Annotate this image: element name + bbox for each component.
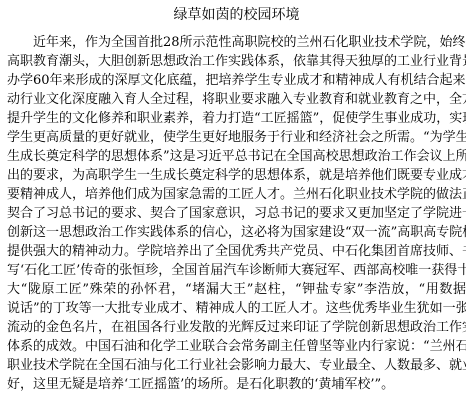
text-line: 体系的成效。中国石油和化学工业联合会常务副主任曾坚等业内行家说：“兰州石化 [7, 337, 466, 356]
text-line: 好，这里无疑是培养‘工匠摇篮’的场所。是石化职教的‘黄埔军校’”。 [7, 375, 466, 393]
text-line: 高职教育潮头，大胆创新思想政治工作实践体系，依靠其得天独厚的工业行业背景和 [7, 52, 466, 71]
text-line: 提供强大的精神动力。学院培养出了全国优秀共产党员、中石化集团首席技师、书 [7, 242, 466, 261]
text-line: 流动的金色名片，在祖国各行业发散的光辉反过来印证了学院创新思想政治工作实践 [7, 318, 466, 337]
document-page: 绿草如茵的校园环境 近年来，作为全国首批28所示范性高职院校的兰州石化职业技术学… [0, 0, 473, 393]
text-line: 职业技术学院在全国石油与化工行业社会影响力最大、专业最全、人数最多、就业最 [7, 356, 466, 375]
text-line: 提升学生的文化修养和职业素养，着力打造“工匠摇篮”，促使学生事业成功，实现 [7, 109, 466, 128]
text-line: 创新这一思想政治工作实践体系的信心，这必将为国家建设“双一流”高职高专院校 [7, 223, 466, 242]
text-line: 要精神成人，培养他们成为国家急需的工匠人才。兰州石化职业技术学院的做法正好 [7, 185, 466, 204]
text-line: 说话”的丁玫等一大批专业成才、精神成人的工匠人才。这些优秀毕业生犹如一张张 [7, 299, 466, 318]
document-body: 近年来，作为全国首批28所示范性高职院校的兰州石化职业技术学院，始终勇立高职教育… [7, 33, 466, 393]
text-line: 大“陇原工匠”殊荣的孙怀君，“堵漏大王”赵柱，“钾盐专家”李浩放，“用数据 [7, 280, 466, 299]
text-line: 写‘石化工匠’传奇的张恒珍，全国首届汽车诊断师大赛冠军、西部高校唯一获得十 [7, 261, 466, 280]
text-line: 近年来，作为全国首批28所示范性高职院校的兰州石化职业技术学院，始终勇立 [7, 33, 466, 52]
text-line: 出的要求，为高职学生一生成长奠定科学的思想体系，就是培养他们既要专业成才又 [7, 166, 466, 185]
text-line: 学生更高质量的更好就业，使学生更好地服务于行业和经济社会之所需。“为学生一 [7, 128, 466, 147]
document-title: 绿草如茵的校园环境 [7, 6, 466, 25]
text-line: 生成长奠定科学的思想体系”这是习近平总书记在全国高校思想政治工作会议上所提 [7, 147, 466, 166]
text-line: 办学60年来形成的深厚文化底蕴，把培养学生专业成才和精神成人有机结合起来，推 [7, 71, 466, 90]
text-line: 动行业文化深度融入育人全过程，将职业要求融入专业教育和就业教育之中，全方位 [7, 90, 466, 109]
text-line: 契合了习总书记的要求、契合了国家意识，习总书记的要求又更加坚定了学院进一步 [7, 204, 466, 223]
